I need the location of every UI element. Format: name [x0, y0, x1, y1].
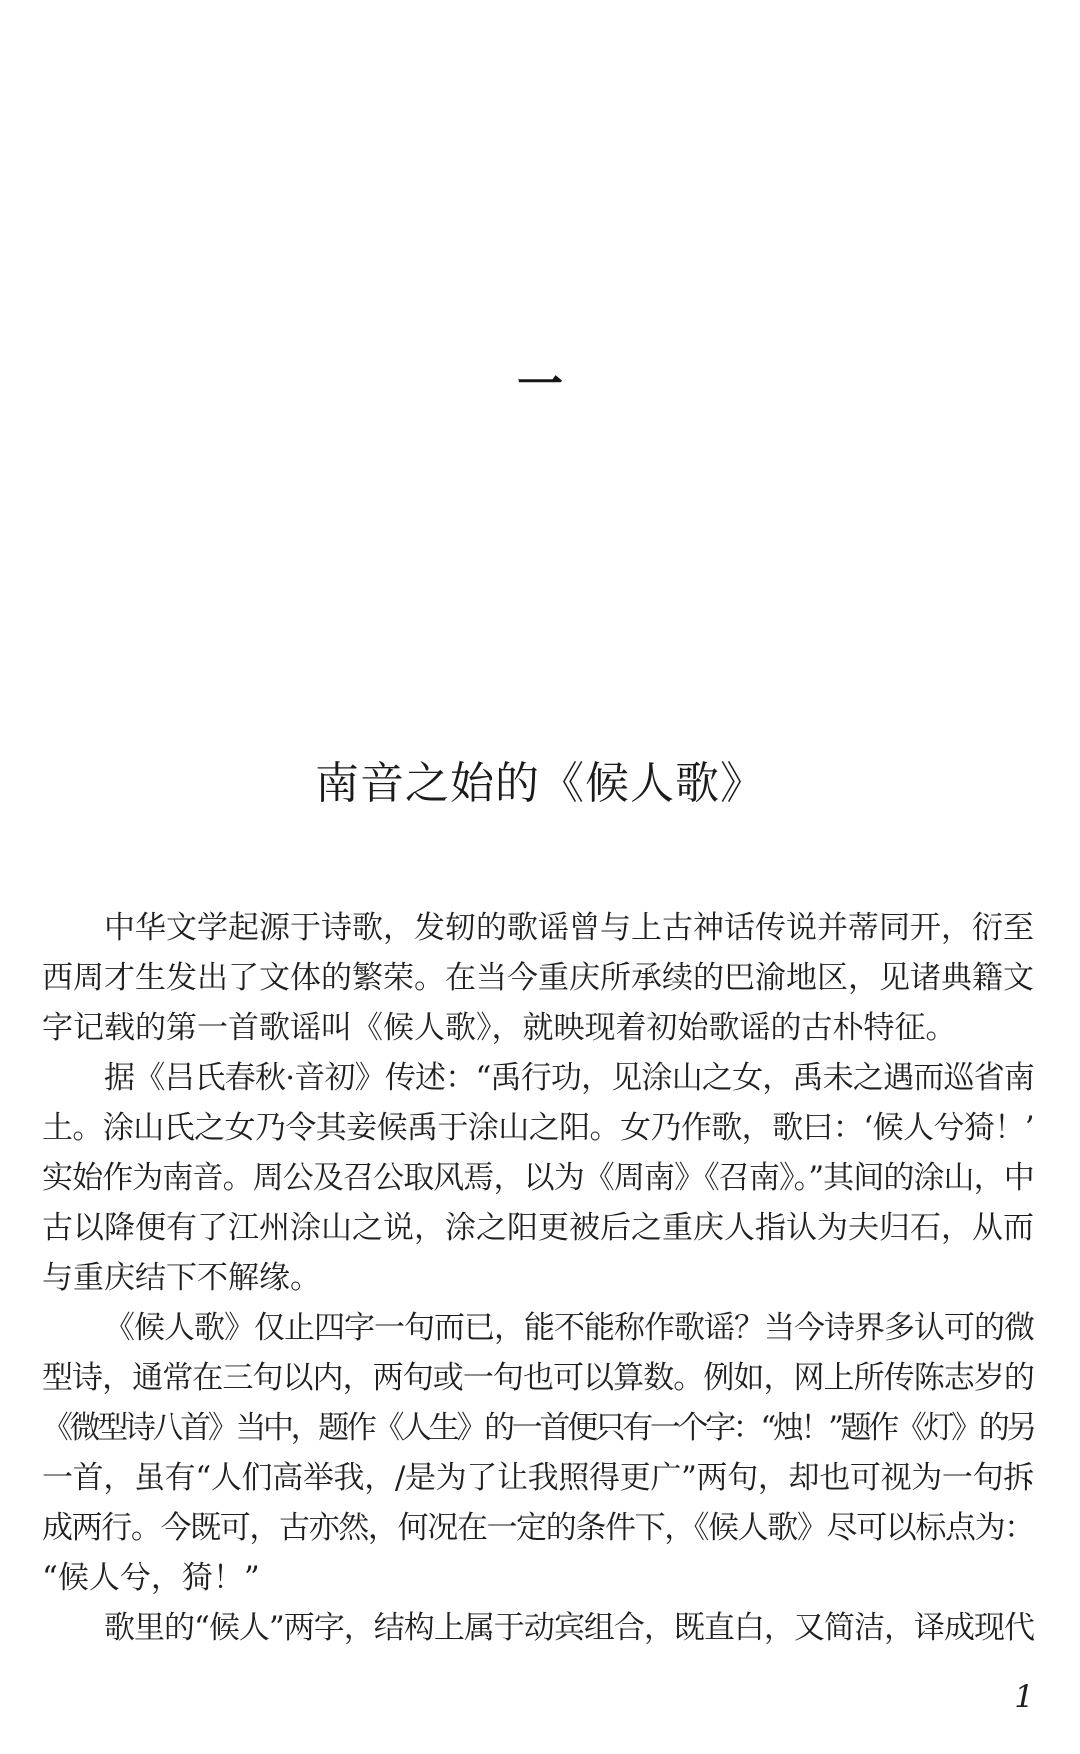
text-line-content: 据《吕氏春秋·音初》传述：“禹行功，见涂山之女，禹未之遇而巡省南: [104, 1060, 1034, 1096]
text-line-content: 字记载的第一首歌谣叫《候人歌》，就映现着初始歌谣的古朴特征。: [42, 1010, 957, 1046]
text-line-content: 实始作为南音。周公及召公取风焉，以为《周南》《召南》。”其间的涂山，中: [42, 1160, 1034, 1196]
paragraph: 据《吕氏春秋·音初》传述：“禹行功，见涂山之女，禹未之遇而巡省南土。涂山氏之女乃…: [42, 1053, 1034, 1303]
text-line: 《候人歌》仅止四字一句而已，能不能称作歌谣？当今诗界多认可的微: [42, 1303, 1034, 1353]
text-line: 《微型诗八首》当中，题作《人生》的一首便只有一个字：“烛！”题作《灯》的另: [42, 1403, 1034, 1453]
text-line-content: 中华文学起源于诗歌，发轫的歌谣曾与上古神话传说并蒂同开，衍至: [104, 910, 1034, 946]
text-line: 型诗，通常在三句以内，两句或一句也可以算数。例如，网上所传陈志岁的: [42, 1353, 1034, 1403]
paragraph: 中华文学起源于诗歌，发轫的歌谣曾与上古神话传说并蒂同开，衍至西周才生发出了文体的…: [42, 903, 1034, 1053]
text-line: 与重庆结下不解缘。: [42, 1253, 1034, 1303]
paragraph: 歌里的“候人”两字，结构上属于动宾组合，既直白，又简洁，译成现代: [42, 1603, 1034, 1653]
text-line: 据《吕氏春秋·音初》传述：“禹行功，见涂山之女，禹未之遇而巡省南: [42, 1053, 1034, 1103]
text-line-content: 《候人歌》仅止四字一句而已，能不能称作歌谣？当今诗界多认可的微: [104, 1310, 1034, 1346]
text-line-content: 歌里的“候人”两字，结构上属于动宾组合，既直白，又简洁，译成现代: [104, 1610, 1034, 1646]
text-line: 字记载的第一首歌谣叫《候人歌》，就映现着初始歌谣的古朴特征。: [42, 1003, 1034, 1053]
text-line-content: 成两行。今既可，古亦然，何况在一定的条件下，《候人歌》尽可以标点为：: [42, 1510, 1034, 1546]
chapter-title: 南音之始的《候人歌》: [0, 754, 1080, 814]
text-line-content: 古以降便有了江州涂山之说，涂之阳更被后之重庆人指认为夫归石，从而: [42, 1210, 1034, 1246]
text-line-content: 与重庆结下不解缘。: [42, 1260, 321, 1296]
book-page: 一 南音之始的《候人歌》 中华文学起源于诗歌，发轫的歌谣曾与上古神话传说并蒂同开…: [0, 0, 1080, 1754]
text-line-content: 《微型诗八首》当中，题作《人生》的一首便只有一个字：“烛！”题作《灯》的另: [42, 1410, 1034, 1446]
body-text: 中华文学起源于诗歌，发轫的歌谣曾与上古神话传说并蒂同开，衍至西周才生发出了文体的…: [42, 903, 1034, 1653]
text-line-content: 西周才生发出了文体的繁荣。在当今重庆所承续的巴渝地区，见诸典籍文: [42, 960, 1034, 996]
paragraph: 《候人歌》仅止四字一句而已，能不能称作歌谣？当今诗界多认可的微型诗，通常在三句以…: [42, 1303, 1034, 1603]
text-line: 古以降便有了江州涂山之说，涂之阳更被后之重庆人指认为夫归石，从而: [42, 1203, 1034, 1253]
text-line: 一首，虽有“人们高举我，/是为了让我照得更广”两句，却也可视为一句拆: [42, 1453, 1034, 1503]
page-number: 1: [1014, 1678, 1034, 1716]
text-line: 歌里的“候人”两字，结构上属于动宾组合，既直白，又简洁，译成现代: [42, 1603, 1034, 1653]
section-number: 一: [0, 356, 1080, 412]
text-line: “候人兮，猗！”: [42, 1553, 1034, 1603]
text-line: 成两行。今既可，古亦然，何况在一定的条件下，《候人歌》尽可以标点为：: [42, 1503, 1034, 1553]
text-line-content: 土。涂山氏之女乃令其妾候禹于涂山之阳。女乃作歌，歌曰：‘候人兮猗！’: [42, 1110, 1034, 1146]
text-line: 实始作为南音。周公及召公取风焉，以为《周南》《召南》。”其间的涂山，中: [42, 1153, 1034, 1203]
text-line-content: 型诗，通常在三句以内，两句或一句也可以算数。例如，网上所传陈志岁的: [42, 1360, 1034, 1396]
text-line: 西周才生发出了文体的繁荣。在当今重庆所承续的巴渝地区，见诸典籍文: [42, 953, 1034, 1003]
text-line-content: “候人兮，猗！”: [42, 1560, 260, 1596]
text-line: 中华文学起源于诗歌，发轫的歌谣曾与上古神话传说并蒂同开，衍至: [42, 903, 1034, 953]
text-line: 土。涂山氏之女乃令其妾候禹于涂山之阳。女乃作歌，歌曰：‘候人兮猗！’: [42, 1103, 1034, 1153]
text-line-content: 一首，虽有“人们高举我，/是为了让我照得更广”两句，却也可视为一句拆: [42, 1460, 1034, 1496]
